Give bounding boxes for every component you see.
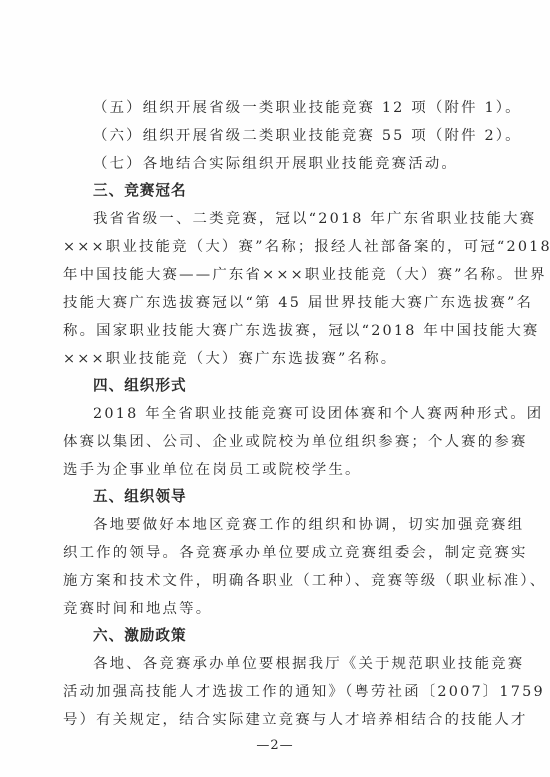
section-heading-naming: 三、竞赛冠名: [93, 181, 513, 201]
paragraph-line: 各地要做好本地区竞赛工作的组织和协调，切实加强竞赛组: [93, 515, 513, 535]
paragraph-line: ×××职业技能竞（大）赛广东选拔赛”名称。: [63, 349, 483, 369]
paragraph-line: 选手为企事业单位在岗员工或院校学生。: [63, 460, 483, 480]
section-heading-incentives: 六、激励政策: [93, 626, 513, 646]
paragraph-line: 2018 年全省职业技能竞赛可设团体赛和个人赛两种形式。团: [93, 404, 513, 424]
paragraph-line: 年中国技能大赛——广东省×××职业技能竞（大）赛”名称。世界: [63, 265, 483, 285]
page-number: —2—: [0, 738, 550, 753]
paragraph-line: 施方案和技术文件，明确各职业（工种）、竞赛等级（职业标准）、: [63, 571, 483, 591]
paragraph-line: 竞赛时间和地点等。: [63, 599, 483, 619]
paragraph-line: 活动加强高技能人才选拔工作的通知》（粤劳社函〔2007〕1759: [63, 682, 483, 702]
section-heading-leadership: 五、组织领导: [93, 487, 513, 507]
list-item-7: （七）各地结合实际组织开展职业技能竞赛活动。: [93, 154, 513, 174]
paragraph-line: 体赛以集团、公司、企业或院校为单位组织参赛；个人赛的参赛: [63, 432, 483, 452]
paragraph-line: 各地、各竞赛承办单位要根据我厅《关于规范职业技能竞赛: [93, 654, 513, 674]
paragraph-line: 我省省级一、二类竞赛，冠以“2018 年广东省职业技能大赛: [93, 209, 513, 229]
list-item-6: （六）组织开展省级二类职业技能竞赛 55 项（附件 2）。: [93, 126, 513, 146]
paragraph-line: 技能大赛广东选拔赛冠以“第 45 届世界技能大赛广东选拔赛”名: [63, 293, 483, 313]
list-item-5: （五）组织开展省级一类职业技能竞赛 12 项（附件 1）。: [93, 98, 513, 118]
document-page: （五）组织开展省级一类职业技能竞赛 12 项（附件 1）。 （六）组织开展省级二…: [0, 0, 550, 777]
paragraph-line: 称。国家职业技能大赛广东选拔赛，冠以“2018 年中国技能大赛: [63, 321, 483, 341]
paragraph-line: 织工作的领导。各竞赛承办单位要成立竞赛组委会，制定竞赛实: [63, 543, 483, 563]
paragraph-line: ×××职业技能竞（大）赛”名称；报经人社部备案的，可冠“2018: [63, 237, 483, 257]
section-heading-format: 四、组织形式: [93, 376, 513, 396]
paragraph-line: 号）有关规定，结合实际建立竞赛与人才培养相结合的技能人才: [63, 710, 483, 730]
